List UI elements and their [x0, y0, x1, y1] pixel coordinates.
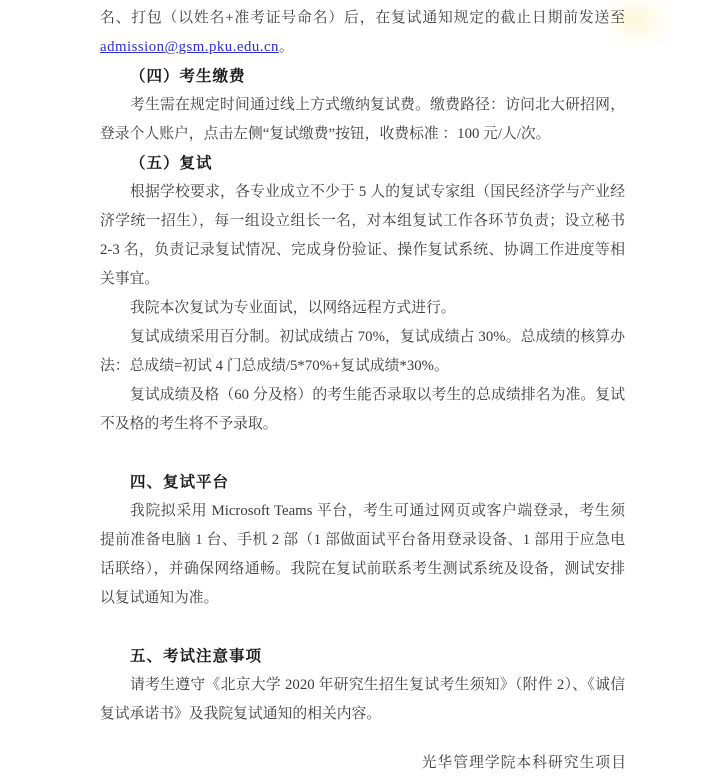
text-line: 济学统一招生），每一组设立组长一名，对本组复试工作各环节负责；设立秘书 — [100, 207, 625, 236]
text-line: 复试承诺书》及我院复试通知的相关内容。 — [100, 700, 625, 729]
text-line: 我院本次复试为专业面试，以网络远程方式进行。 — [100, 294, 625, 323]
footer-signature: 光华管理学院本科研究生项目 — [422, 753, 627, 773]
text-line: 不及格的考生将不予录取。 — [100, 410, 625, 439]
email-link[interactable]: admission@gsm.pku.edu.cn — [100, 39, 279, 55]
text-line: 根据学校要求，各专业成立不少于 5 人的复试专家组（国民经济学与产业经 — [100, 178, 625, 207]
section-heading: 四、复试平台 — [100, 468, 625, 497]
text-line: 法：总成绩=初试 4 门总成绩/5*70%+复试成绩*30%。 — [100, 352, 625, 381]
section-heading: （四）考生缴费 — [100, 62, 625, 91]
section-heading: （五）复试 — [100, 149, 625, 178]
blank-line — [100, 439, 625, 468]
text-line: 请考生遵守《北京大学 2020 年研究生招生复试考生须知》（附件 2）、《诚信 — [100, 671, 625, 700]
text-line: 复试成绩及格（60 分及格）的考生能否录取以考生的总成绩排名为准。复试 — [100, 381, 625, 410]
email-line: admission@gsm.pku.edu.cn。 — [100, 33, 625, 62]
text-line: 话联络），并确保网络通畅。我院在复试前联系考生测试系统及设备，测试安排 — [100, 555, 625, 584]
document-page: 名、打包（以姓名+准考证号命名）后，在复试通知规定的截止日期前发送至admiss… — [0, 0, 720, 776]
sentence-period: 。 — [279, 39, 294, 55]
document-body: 名、打包（以姓名+准考证号命名）后，在复试通知规定的截止日期前发送至admiss… — [100, 4, 625, 729]
text-line: 登录个人账户，点击左侧“复试缴费”按钮，收费标准 ：100 元/人/次。 — [100, 120, 625, 149]
text-line: 以复试通知为准。 — [100, 584, 625, 613]
blank-line — [100, 613, 625, 642]
text-line: 复试成绩采用百分制。初试成绩占 70%，复试成绩占 30%。总成绩的核算办 — [100, 323, 625, 352]
section-heading: 五、考试注意事项 — [100, 642, 625, 671]
text-line: 我院拟采用 Microsoft Teams 平台，考生可通过网页或客户端登录，考… — [100, 497, 625, 526]
text-line: 考生需在规定时间通过线上方式缴纳复试费。缴费路径：访问北大研招网， — [100, 91, 625, 120]
text-line: 关事宜。 — [100, 265, 625, 294]
text-line: 2-3 名，负责记录复试情况、完成身份验证、操作复试系统、协调工作进度等相 — [100, 236, 625, 265]
text-line: 名、打包（以姓名+准考证号命名）后，在复试通知规定的截止日期前发送至 — [100, 4, 625, 33]
text-line: 提前准备电脑 1 台、手机 2 部（1 部做面试平台备用登录设备、1 部用于应急… — [100, 526, 625, 555]
